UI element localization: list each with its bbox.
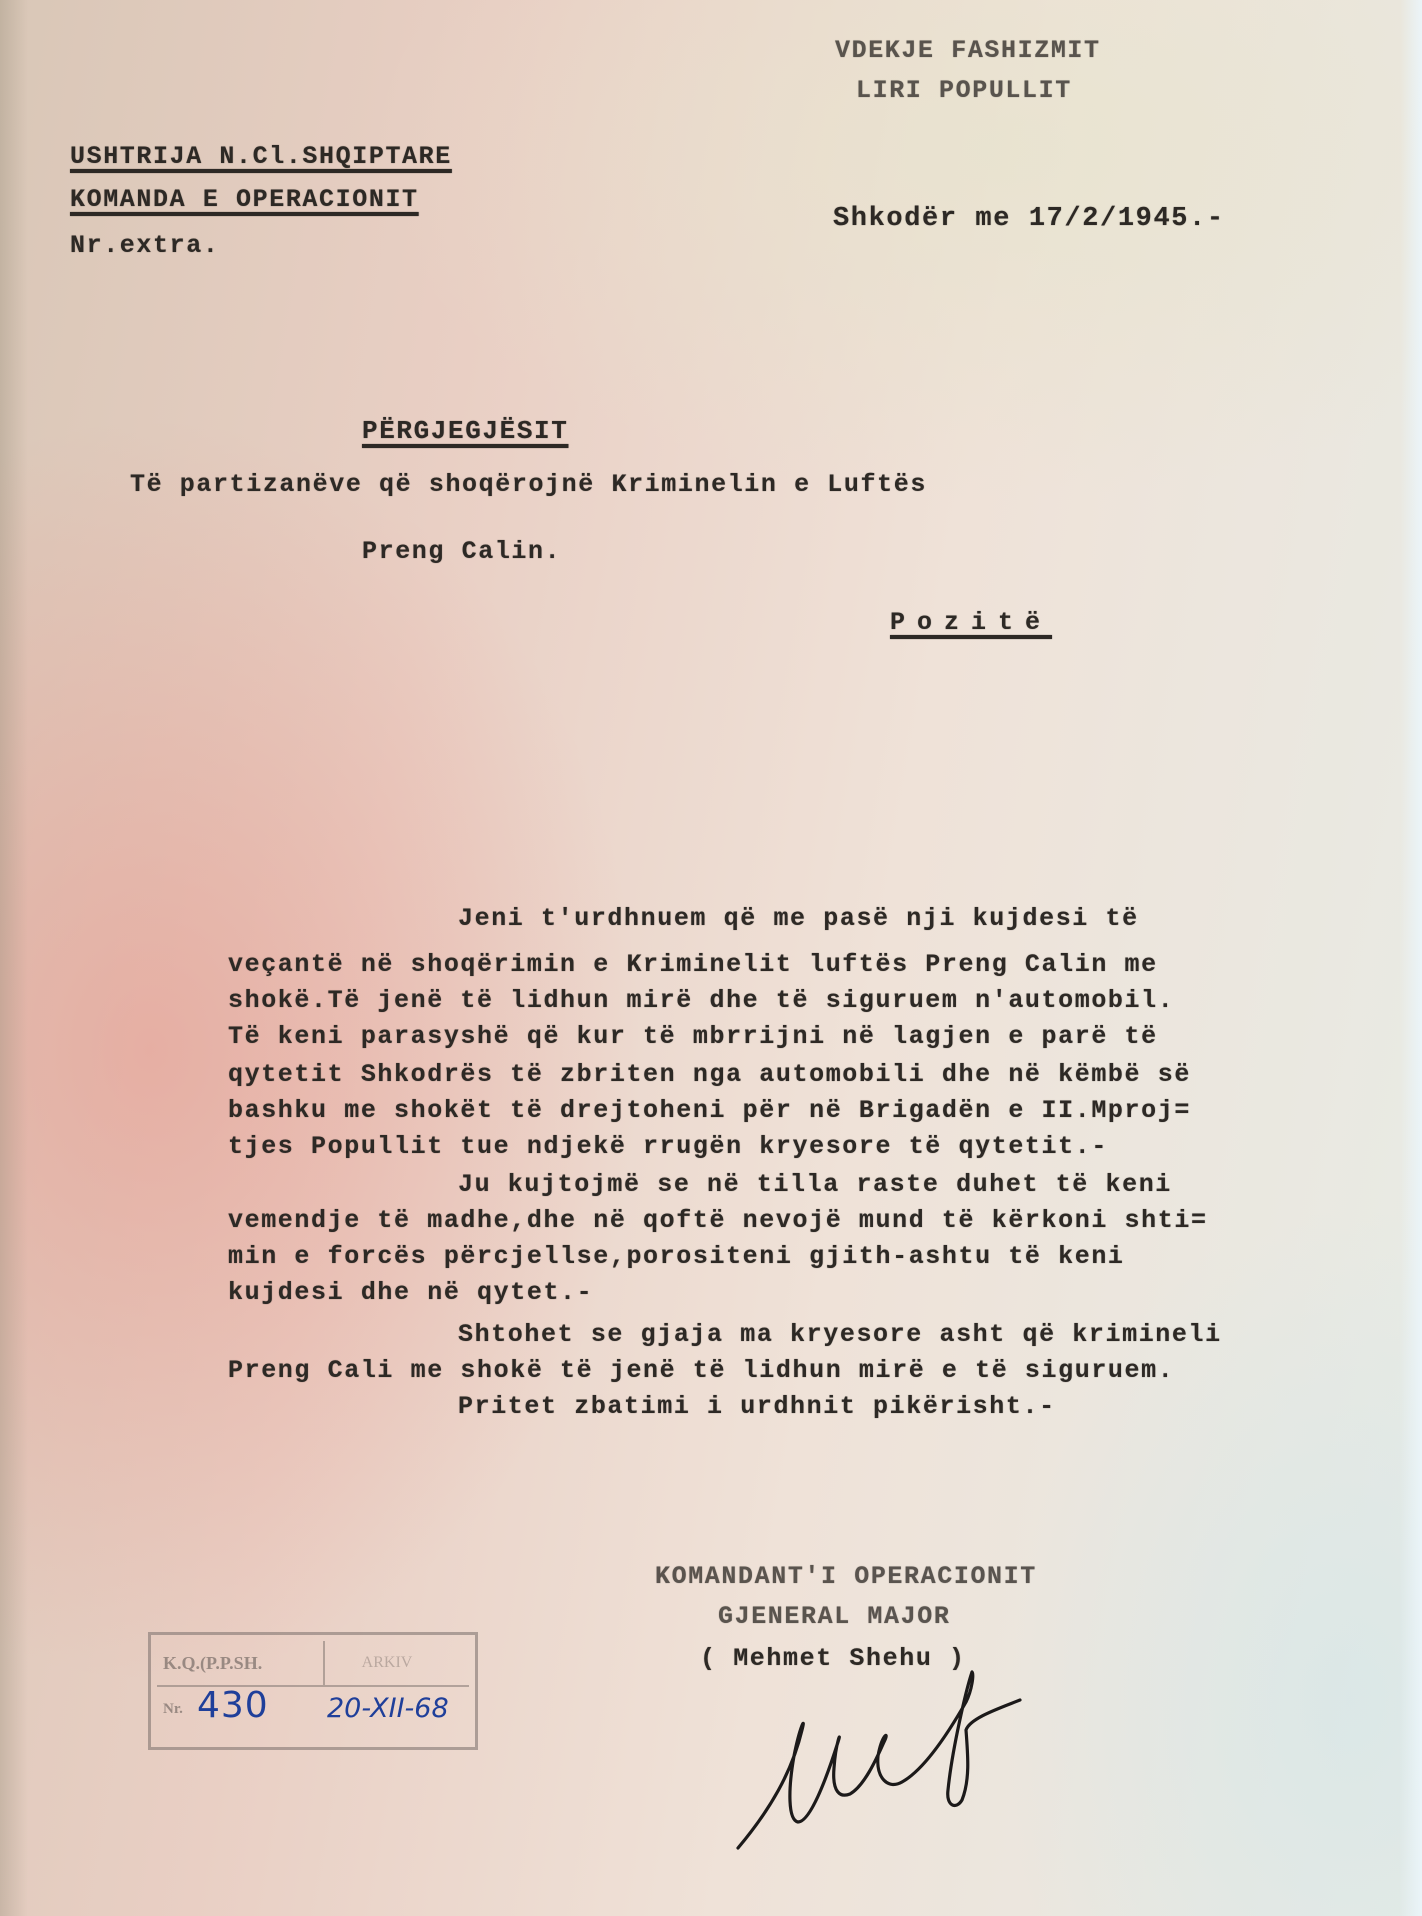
body-line: Preng Cali me shokë të jenë të lidhun mi… — [228, 1356, 1174, 1385]
body-line: tjes Popullit tue ndjekë rrugën kryesore… — [228, 1132, 1108, 1161]
body-line: min e forcës përcjellse,porositeni gjith… — [228, 1242, 1125, 1271]
body-line: Jeni t'urdhnuem që me pasë nji kujdesi t… — [458, 904, 1139, 933]
body-line: qytetit Shkodrës të zbriten nga automobi… — [228, 1060, 1191, 1089]
addressee-line-2: Preng Calin. — [362, 537, 561, 566]
paper-edge-right — [1400, 0, 1422, 1916]
stamp-label: K.Q.(P.P.SH. — [157, 1641, 325, 1685]
stamp-date: 20-XII-68 — [327, 1693, 449, 1724]
archive-stamp: K.Q.(P.P.SH. ARKIV Nr. 430 20-XII-68 — [148, 1632, 478, 1750]
command-heading: KOMANDA E OPERACIONIT — [70, 185, 419, 214]
addressee-title: PËRGJEGJËSIT — [362, 416, 568, 446]
handwritten-signature — [730, 1660, 1030, 1860]
body-line: vemendje të madhe,dhe në qoftë nevojë mu… — [228, 1206, 1208, 1235]
reference-number: Nr.extra. — [70, 231, 219, 260]
body-line: Shtohet se gjaja ma kryesore asht që kri… — [458, 1320, 1222, 1349]
body-line: Të keni parasyshë që kur të mbrrijni në … — [228, 1022, 1158, 1051]
signatory-rank: GJENERAL MAJOR — [718, 1602, 950, 1631]
organization-heading: USHTRIJA N.Cl.SHQIPTARE — [70, 142, 452, 171]
body-line: Pritet zbatimi i urdhnit pikërisht.- — [458, 1392, 1056, 1421]
stamp-nr-label: Nr. — [163, 1701, 183, 1718]
stamp-right-label: ARKIV — [332, 1645, 442, 1681]
stamp-number: 430 — [197, 1685, 269, 1726]
place-and-date: Shkodër me 17/2/1945.- — [833, 204, 1225, 234]
slogan-line-1: VDEKJE FASHIZMIT — [835, 36, 1101, 65]
signatory-title: KOMANDANT'I OPERACIONIT — [655, 1562, 1037, 1591]
body-line: veçantë në shoqërimin e Kriminelit luftë… — [228, 950, 1158, 979]
addressee-position: Pozitë — [890, 608, 1052, 637]
body-line: kujdesi dhe në qytet.- — [228, 1278, 593, 1307]
paper-edge-left — [0, 0, 28, 1916]
addressee-line-1: Të partizanëve që shoqërojnë Kriminelin … — [130, 470, 927, 499]
slogan-line-2: LIRI POPULLIT — [856, 76, 1072, 105]
body-line: Ju kujtojmë se në tilla raste duhet të k… — [458, 1170, 1172, 1199]
body-line: shokë.Të jenë të lidhun mirë dhe të sigu… — [228, 986, 1174, 1015]
body-line: bashku me shokët të drejtoheni për në Br… — [228, 1096, 1191, 1125]
